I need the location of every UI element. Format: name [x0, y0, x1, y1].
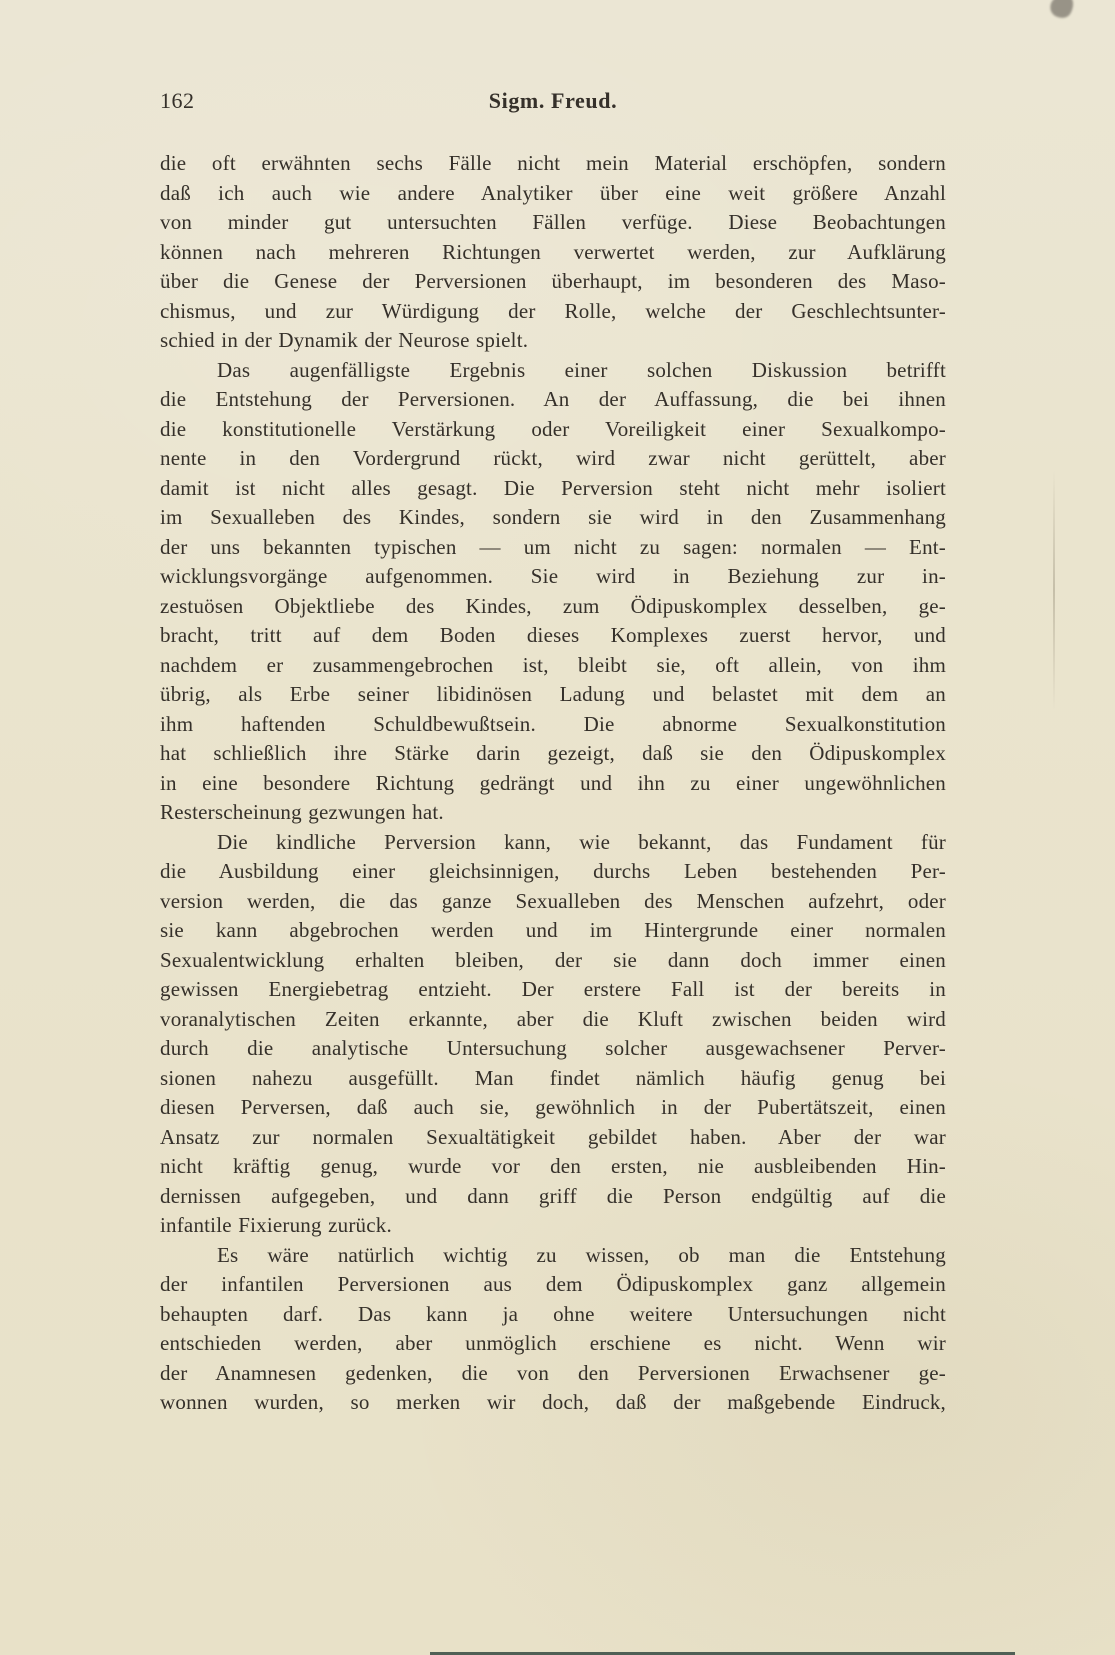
- body-line: Ansatz zur normalen Sexualtätigkeit gebi…: [160, 1123, 946, 1153]
- body-line: behaupten darf. Das kann ja ohne weitere…: [160, 1300, 946, 1330]
- body-line: voranalytischen Zeiten erkannte, aber di…: [160, 1005, 946, 1035]
- body-line: damit ist nicht alles gesagt. Die Perver…: [160, 474, 946, 504]
- body-line: zestuösen Objektliebe des Kindes, zum Öd…: [160, 592, 946, 622]
- page-header: 162 Sigm. Freud.: [160, 88, 946, 116]
- body-line: nachdem er zusammengebrochen ist, bleibt…: [160, 651, 946, 681]
- body-line: übrig, als Erbe seiner libidinösen Ladun…: [160, 680, 946, 710]
- body-line: infantile Fixierung zurück.: [160, 1211, 946, 1241]
- body-line: die oft erwähnten sechs Fälle nicht mein…: [160, 149, 946, 179]
- body-line: Sexualentwicklung erhalten bleiben, der …: [160, 946, 946, 976]
- body-line: in eine besondere Richtung gedrängt und …: [160, 769, 946, 799]
- body-line: schied in der Dynamik der Neurose spielt…: [160, 326, 946, 356]
- body-line: chismus, und zur Würdigung der Rolle, we…: [160, 297, 946, 327]
- body-line: Das augenfälligste Ergebnis einer solche…: [160, 356, 946, 386]
- body-line: nente in den Vordergrund rückt, wird zwa…: [160, 444, 946, 474]
- body-line: wicklungsvorgänge aufgenommen. Sie wird …: [160, 562, 946, 592]
- body-line: die Ausbildung einer gleichsinnigen, dur…: [160, 857, 946, 887]
- body-line: daß ich auch wie andere Analytiker über …: [160, 179, 946, 209]
- body-line: nicht kräftig genug, wurde vor den erste…: [160, 1152, 946, 1182]
- body-line: gewissen Energiebetrag entzieht. Der ers…: [160, 975, 946, 1005]
- body-line: version werden, die das ganze Sexuallebe…: [160, 887, 946, 917]
- body-line: von minder gut untersuchten Fällen verfü…: [160, 208, 946, 238]
- body-line: bracht, tritt auf dem Boden dieses Kompl…: [160, 621, 946, 651]
- body-line: Resterscheinung gezwungen hat.: [160, 798, 946, 828]
- scanned-page: 162 Sigm. Freud. die oft erwähnten sechs…: [0, 0, 1115, 1655]
- body-line: im Sexualleben des Kindes, sondern sie w…: [160, 503, 946, 533]
- ink-smudge: [1047, 0, 1078, 22]
- scan-crease: [1053, 470, 1055, 710]
- body-line: der infantilen Perversionen aus dem Ödip…: [160, 1270, 946, 1300]
- body-line: durch die analytische Untersuchung solch…: [160, 1034, 946, 1064]
- body-line: Die kindliche Perversion kann, wie bekan…: [160, 828, 946, 858]
- body-line: der uns bekannten typischen — um nicht z…: [160, 533, 946, 563]
- body-line: hat schließlich ihre Stärke darin gezeig…: [160, 739, 946, 769]
- running-header: Sigm. Freud.: [160, 88, 946, 114]
- body-line: der Anamnesen gedenken, die von den Perv…: [160, 1359, 946, 1389]
- body-line: über die Genese der Perversionen überhau…: [160, 267, 946, 297]
- body-line: die Entstehung der Perversionen. An der …: [160, 385, 946, 415]
- body-line: wonnen wurden, so merken wir doch, daß d…: [160, 1388, 946, 1418]
- body-line: Es wäre natürlich wichtig zu wissen, ob …: [160, 1241, 946, 1271]
- body-line: diesen Perversen, daß auch sie, gewöhnli…: [160, 1093, 946, 1123]
- body-line: die konstitutionelle Verstärkung oder Vo…: [160, 415, 946, 445]
- body-line: sie kann abgebrochen werden und im Hinte…: [160, 916, 946, 946]
- body-line: können nach mehreren Richtungen verwerte…: [160, 238, 946, 268]
- text-block: die oft erwähnten sechs Fälle nicht mein…: [160, 149, 946, 1418]
- body-line: entschieden werden, aber unmöglich ersch…: [160, 1329, 946, 1359]
- body-line: sionen nahezu ausgefüllt. Man findet näm…: [160, 1064, 946, 1094]
- body-line: ihm haftenden Schuldbewußtsein. Die abno…: [160, 710, 946, 740]
- body-line: dernissen aufgegeben, und dann griff die…: [160, 1182, 946, 1212]
- page-content: 162 Sigm. Freud. die oft erwähnten sechs…: [160, 88, 946, 1418]
